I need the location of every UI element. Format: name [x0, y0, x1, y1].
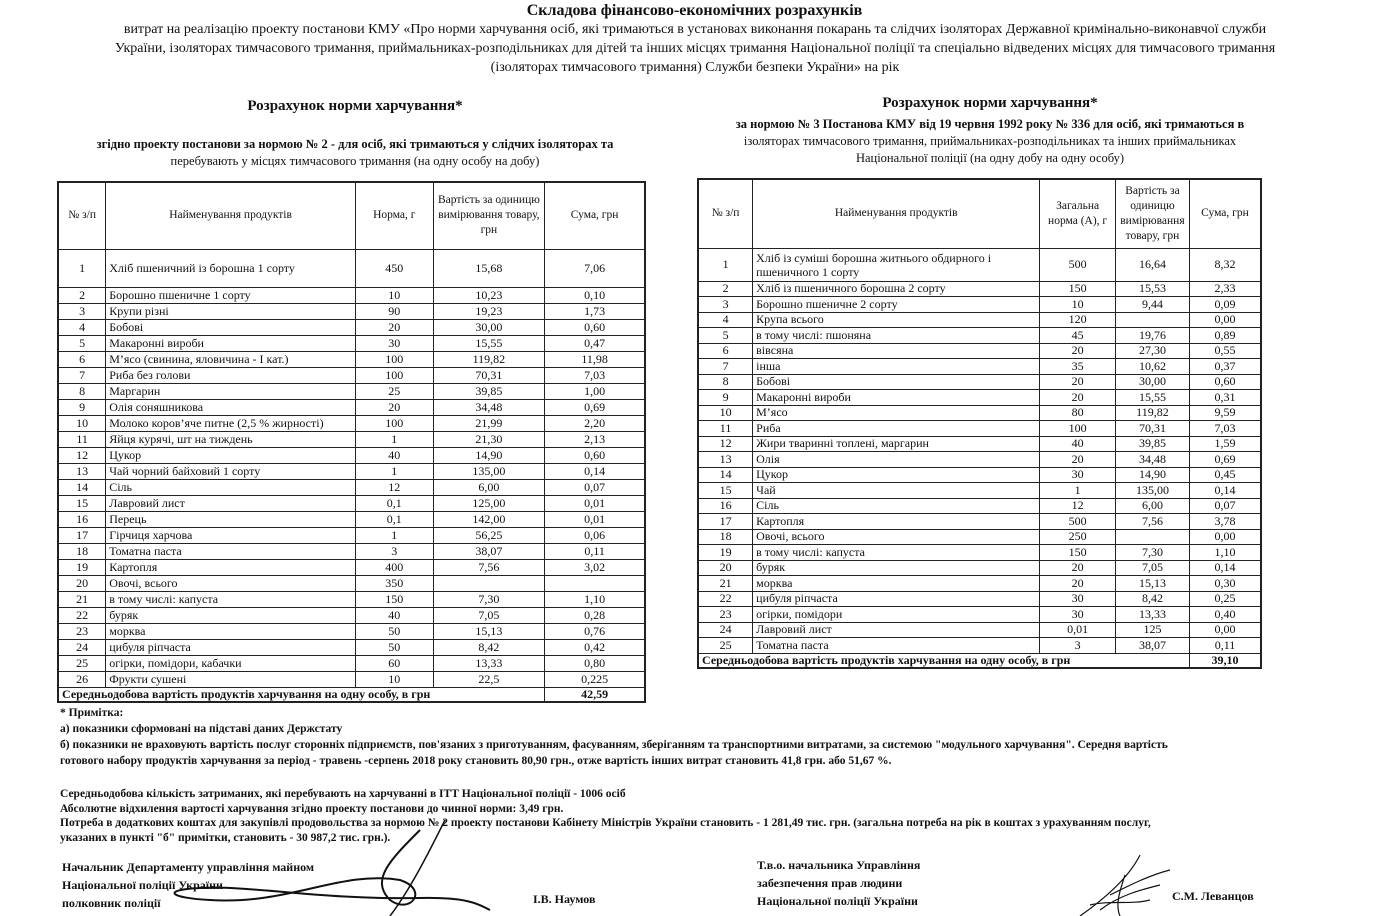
note-a: а) показники сформовані на підставі дани… — [60, 722, 342, 737]
unit-price: 21,99 — [433, 415, 545, 431]
row-number: 1 — [58, 249, 106, 287]
sum: 9,59 — [1189, 405, 1261, 421]
row-number: 3 — [58, 303, 106, 319]
sum: 0,60 — [1189, 374, 1261, 390]
row-number: 5 — [698, 328, 753, 344]
row-number: 22 — [58, 607, 106, 623]
norm-grams: 350 — [355, 575, 433, 591]
product-name: Гірчиця харчова — [106, 527, 356, 543]
norm-grams: 20 — [355, 319, 433, 335]
product-name: Хліб із суміші борошна житнього обдирног… — [753, 248, 1040, 281]
subtitle-line: (ізоляторах тимчасового тримання) Служби… — [60, 58, 1330, 77]
unit-price: 125 — [1115, 622, 1189, 638]
sum: 0,69 — [1189, 452, 1261, 468]
product-name: буряк — [753, 560, 1040, 576]
product-name: Борошно пшеничне 1 сорту — [106, 287, 356, 303]
product-name: в тому числі: капуста — [106, 591, 356, 607]
sum: 0,40 — [1189, 607, 1261, 623]
total-label: Середньодобова вартість продуктів харчув… — [58, 687, 545, 702]
left-section-subtitle: згідно проекту постанови за нормою № 2 -… — [60, 136, 650, 170]
table-row: 17Картопля5007,563,78 — [698, 514, 1261, 530]
sum: 0,00 — [1189, 529, 1261, 545]
right-subtitle-line: за нормою № 3 Постанова КМУ від 19 червн… — [690, 116, 1290, 133]
norm-grams: 25 — [355, 383, 433, 399]
row-number: 17 — [58, 527, 106, 543]
norm-grams: 20 — [1040, 560, 1116, 576]
unit-price: 15,68 — [433, 249, 545, 287]
norm-grams: 3 — [355, 543, 433, 559]
sum: 0,55 — [1189, 343, 1261, 359]
unit-price: 15,55 — [1115, 390, 1189, 406]
norm-grams: 20 — [355, 399, 433, 415]
sum: 3,02 — [545, 559, 645, 575]
column-header: Загальна норма (А), г — [1040, 179, 1116, 248]
unit-price: 6,00 — [433, 479, 545, 495]
sum: 2,20 — [545, 415, 645, 431]
norm-grams: 20 — [1040, 452, 1116, 468]
norm-grams: 90 — [355, 303, 433, 319]
row-number: 18 — [58, 543, 106, 559]
total-label: Середньодобова вартість продуктів харчув… — [698, 653, 1189, 668]
unit-price: 135,00 — [1115, 483, 1189, 499]
right-table-header: № з/п Найменування продуктів Загальна но… — [698, 179, 1261, 248]
product-name: огірки, помідори — [753, 607, 1040, 623]
norm-grams: 30 — [1040, 607, 1116, 623]
sum: 0,00 — [1189, 622, 1261, 638]
norm-grams: 35 — [1040, 359, 1116, 375]
right-subtitle-line: Національної поліції (на одну добу на од… — [690, 150, 1290, 167]
table-row: 25Томатна паста338,070,11 — [698, 638, 1261, 654]
row-number: 8 — [58, 383, 106, 399]
norm-grams: 150 — [355, 591, 433, 607]
right-section-subtitle: за нормою № 3 Постанова КМУ від 19 червн… — [690, 116, 1290, 167]
unit-price: 15,13 — [1115, 576, 1189, 592]
table-row: 15Лавровий лист0,1125,000,01 — [58, 495, 645, 511]
product-name: Чай — [753, 483, 1040, 499]
row-number: 23 — [698, 607, 753, 623]
product-name: морква — [106, 623, 356, 639]
product-name: Лавровий лист — [753, 622, 1040, 638]
note-b-line2: готового набору продуктів харчування за … — [60, 754, 891, 769]
table-row: 11Яйця курячі, шт на тиждень121,302,13 — [58, 431, 645, 447]
unit-price: 39,85 — [1115, 436, 1189, 452]
total-row: Середньодобова вартість продуктів харчув… — [58, 687, 645, 702]
product-name: Крупа всього — [753, 312, 1040, 328]
position-line: забезпечення прав людини — [757, 874, 920, 892]
row-number: 12 — [698, 436, 753, 452]
row-number: 25 — [58, 655, 106, 671]
row-number: 9 — [58, 399, 106, 415]
unit-price: 16,64 — [1115, 248, 1189, 281]
sum: 0,45 — [1189, 467, 1261, 483]
sum: 0,10 — [545, 287, 645, 303]
column-header: Сума, грн — [1189, 179, 1261, 248]
signature-left-icon — [90, 820, 510, 916]
unit-price: 21,30 — [433, 431, 545, 447]
left-section-title: Розрахунок норми харчування* — [60, 98, 650, 115]
left-signatory-name: І.В. Наумов — [533, 890, 595, 908]
unit-price: 9,44 — [1115, 297, 1189, 313]
norm-grams: 30 — [355, 335, 433, 351]
product-name: Крупи різні — [106, 303, 356, 319]
document-subtitle: витрат на реалізацію проекту постанови К… — [60, 20, 1330, 77]
product-name: Бобові — [106, 319, 356, 335]
norm-grams: 100 — [355, 415, 433, 431]
row-number: 15 — [698, 483, 753, 499]
right-signatory-name: С.М. Леванцов — [1172, 887, 1254, 905]
column-header: Найменування продуктів — [106, 182, 356, 249]
table-row: 16Сіль126,000,07 — [698, 498, 1261, 514]
norm-grams: 100 — [1040, 421, 1116, 437]
norm-grams: 12 — [355, 479, 433, 495]
row-number: 1 — [698, 248, 753, 281]
product-name: Цукор — [106, 447, 356, 463]
norm-grams: 20 — [1040, 576, 1116, 592]
unit-price: 34,48 — [433, 399, 545, 415]
unit-price: 15,55 — [433, 335, 545, 351]
table-row: 13Чай чорний байховий 1 сорту1135,000,14 — [58, 463, 645, 479]
sum: 0,60 — [545, 447, 645, 463]
norm-grams: 40 — [355, 607, 433, 623]
product-name: Хліб із пшеничного борошна 2 сорту — [753, 281, 1040, 297]
sum: 0,06 — [545, 527, 645, 543]
sum — [545, 575, 645, 591]
unit-price: 7,30 — [1115, 545, 1189, 561]
unit-price: 135,00 — [433, 463, 545, 479]
unit-price — [1115, 529, 1189, 545]
row-number: 3 — [698, 297, 753, 313]
table-row: 2Хліб із пшеничного борошна 2 сорту15015… — [698, 281, 1261, 297]
norm-grams: 450 — [355, 249, 433, 287]
unit-price: 56,25 — [433, 527, 545, 543]
sum: 7,06 — [545, 249, 645, 287]
table-row: 3Борошно пшеничне 2 сорту109,440,09 — [698, 297, 1261, 313]
norm-grams: 100 — [355, 367, 433, 383]
avg-detainee-count: Середньодобова кількість затриманих, які… — [60, 787, 626, 802]
norm-grams: 30 — [1040, 591, 1116, 607]
norm-grams: 400 — [355, 559, 433, 575]
product-name: Хліб пшеничний із борошна 1 сорту — [106, 249, 356, 287]
product-name: Жири тваринні топлені, маргарин — [753, 436, 1040, 452]
row-number: 23 — [58, 623, 106, 639]
unit-price: 13,33 — [1115, 607, 1189, 623]
row-number: 20 — [58, 575, 106, 591]
table-row: 14Сіль126,000,07 — [58, 479, 645, 495]
unit-price: 39,85 — [433, 383, 545, 399]
table-row: 8Бобові2030,000,60 — [698, 374, 1261, 390]
sum: 0,42 — [545, 639, 645, 655]
column-header: Вартість за одиницю вимірювання товару, … — [433, 182, 545, 249]
table-row: 25огірки, помідори, кабачки6013,330,80 — [58, 655, 645, 671]
table-row: 24Лавровий лист0,011250,00 — [698, 622, 1261, 638]
norm-grams: 50 — [355, 639, 433, 655]
unit-price: 8,42 — [1115, 591, 1189, 607]
table-row: 20буряк207,050,14 — [698, 560, 1261, 576]
table-row: 24цибуля ріпчаста508,420,42 — [58, 639, 645, 655]
norm-grams: 40 — [1040, 436, 1116, 452]
position-line: Національної поліції України — [757, 892, 920, 910]
row-number: 10 — [698, 405, 753, 421]
sum: 0,89 — [1189, 328, 1261, 344]
product-name: інша — [753, 359, 1040, 375]
product-name: Борошно пшеничне 2 сорту — [753, 297, 1040, 313]
norm-grams: 45 — [1040, 328, 1116, 344]
table-row: 22цибуля ріпчаста308,420,25 — [698, 591, 1261, 607]
product-name: Томатна паста — [753, 638, 1040, 654]
norm-grams: 20 — [1040, 374, 1116, 390]
sum: 7,03 — [545, 367, 645, 383]
norm-grams: 0,1 — [355, 495, 433, 511]
row-number: 26 — [58, 671, 106, 687]
product-name: цибуля ріпчаста — [106, 639, 356, 655]
table-row: 12Цукор4014,900,60 — [58, 447, 645, 463]
unit-price — [433, 575, 545, 591]
product-name: Картопля — [106, 559, 356, 575]
sum: 0,07 — [545, 479, 645, 495]
unit-price: 125,00 — [433, 495, 545, 511]
product-name: буряк — [106, 607, 356, 623]
norm-grams: 1 — [355, 527, 433, 543]
left-table-header: № з/п Найменування продуктів Норма, г Ва… — [58, 182, 645, 249]
right-signatory-position: Т.в.о. начальника Управління забезпеченн… — [757, 856, 920, 910]
table-row: 5Макаронні вироби3015,550,47 — [58, 335, 645, 351]
unit-price: 15,13 — [433, 623, 545, 639]
column-header: Найменування продуктів — [753, 179, 1040, 248]
sum: 0,07 — [1189, 498, 1261, 514]
norm-grams: 30 — [1040, 467, 1116, 483]
sum: 1,10 — [1189, 545, 1261, 561]
product-name: Перець — [106, 511, 356, 527]
row-number: 13 — [698, 452, 753, 468]
left-subtitle-line: перебувають у місцях тимчасового триманн… — [171, 154, 540, 168]
sum: 0,225 — [545, 671, 645, 687]
unit-price: 15,53 — [1115, 281, 1189, 297]
row-number: 24 — [698, 622, 753, 638]
column-header: № з/п — [698, 179, 753, 248]
table-row: 11Риба10070,317,03 — [698, 421, 1261, 437]
row-number: 8 — [698, 374, 753, 390]
row-number: 4 — [58, 319, 106, 335]
product-name: Олія соняшникова — [106, 399, 356, 415]
unit-price: 142,00 — [433, 511, 545, 527]
table-row: 7Риба без голови10070,317,03 — [58, 367, 645, 383]
product-name: Олія — [753, 452, 1040, 468]
row-number: 22 — [698, 591, 753, 607]
product-name: Бобові — [753, 374, 1040, 390]
row-number: 12 — [58, 447, 106, 463]
document-title: Складова фінансово-економічних розрахунк… — [0, 2, 1389, 20]
sum: 0,01 — [545, 495, 645, 511]
row-number: 14 — [698, 467, 753, 483]
product-name: в тому числі: пшоняна — [753, 328, 1040, 344]
norm-grams: 80 — [1040, 405, 1116, 421]
unit-price: 7,56 — [1115, 514, 1189, 530]
table-row: 1Хліб пшеничний із борошна 1 сорту45015,… — [58, 249, 645, 287]
unit-price: 6,00 — [1115, 498, 1189, 514]
product-name: Маргарин — [106, 383, 356, 399]
product-name: Яйця курячі, шт на тиждень — [106, 431, 356, 447]
unit-price: 19,23 — [433, 303, 545, 319]
unit-price: 7,56 — [433, 559, 545, 575]
norm-grams: 500 — [1040, 248, 1116, 281]
row-number: 16 — [58, 511, 106, 527]
unit-price: 30,00 — [1115, 374, 1189, 390]
row-number: 13 — [58, 463, 106, 479]
column-header: Сума, грн — [545, 182, 645, 249]
sum: 2,33 — [1189, 281, 1261, 297]
norm-grams: 0,01 — [1040, 622, 1116, 638]
table-row: 18Томатна паста338,070,11 — [58, 543, 645, 559]
norm-grams: 1 — [355, 431, 433, 447]
product-name: М’ясо (свинина, яловичина - I кат.) — [106, 351, 356, 367]
total-value: 39,10 — [1189, 653, 1261, 668]
norm-grams: 10 — [355, 287, 433, 303]
row-number: 19 — [698, 545, 753, 561]
product-name: вівсяна — [753, 343, 1040, 359]
row-number: 6 — [698, 343, 753, 359]
left-norm-table: № з/п Найменування продуктів Норма, г Ва… — [57, 181, 646, 703]
sum: 1,10 — [545, 591, 645, 607]
product-name: Овочі, всього — [106, 575, 356, 591]
unit-price: 19,76 — [1115, 328, 1189, 344]
unit-price: 8,42 — [433, 639, 545, 655]
table-row: 21в тому числі: капуста1507,301,10 — [58, 591, 645, 607]
table-row: 1Хліб із суміші борошна житнього обдирно… — [698, 248, 1261, 281]
sum: 0,30 — [1189, 576, 1261, 592]
unit-price: 27,30 — [1115, 343, 1189, 359]
subtitle-line: України, ізоляторах тимчасового тримання… — [60, 39, 1330, 58]
unit-price: 14,90 — [1115, 467, 1189, 483]
sum: 0,47 — [545, 335, 645, 351]
row-number: 6 — [58, 351, 106, 367]
sum: 7,03 — [1189, 421, 1261, 437]
unit-price: 10,23 — [433, 287, 545, 303]
sum: 0,76 — [545, 623, 645, 639]
unit-price: 7,05 — [1115, 560, 1189, 576]
column-header: Норма, г — [355, 182, 433, 249]
table-row: 12Жири тваринні топлені, маргарин4039,85… — [698, 436, 1261, 452]
row-number: 20 — [698, 560, 753, 576]
unit-price: 34,48 — [1115, 452, 1189, 468]
product-name: в тому числі: капуста — [753, 545, 1040, 561]
norm-grams: 1 — [1040, 483, 1116, 499]
table-row: 18Овочі, всього2500,00 — [698, 529, 1261, 545]
table-row: 5в тому числі: пшоняна4519,760,89 — [698, 328, 1261, 344]
product-name: Картопля — [753, 514, 1040, 530]
row-number: 10 — [58, 415, 106, 431]
sum: 3,78 — [1189, 514, 1261, 530]
row-number: 2 — [698, 281, 753, 297]
norm-grams: 50 — [355, 623, 433, 639]
norm-grams: 12 — [1040, 498, 1116, 514]
unit-price: 70,31 — [1115, 421, 1189, 437]
unit-price: 119,82 — [433, 351, 545, 367]
norm-grams: 20 — [1040, 390, 1116, 406]
row-number: 7 — [58, 367, 106, 383]
product-name: Сіль — [106, 479, 356, 495]
unit-price: 119,82 — [1115, 405, 1189, 421]
unit-price: 7,30 — [433, 591, 545, 607]
norm-grams: 40 — [355, 447, 433, 463]
row-number: 4 — [698, 312, 753, 328]
table-row: 14Цукор3014,900,45 — [698, 467, 1261, 483]
table-row: 23огірки, помідори3013,330,40 — [698, 607, 1261, 623]
table-row: 21морква2015,130,30 — [698, 576, 1261, 592]
row-number: 7 — [698, 359, 753, 375]
product-name: морква — [753, 576, 1040, 592]
table-row: 6М’ясо (свинина, яловичина - I кат.)1001… — [58, 351, 645, 367]
unit-price: 14,90 — [433, 447, 545, 463]
norm-grams: 20 — [1040, 343, 1116, 359]
unit-price: 38,07 — [1115, 638, 1189, 654]
subtitle-line: витрат на реалізацію проекту постанови К… — [60, 20, 1330, 39]
table-row: 4Крупа всього1200,00 — [698, 312, 1261, 328]
sum: 0,14 — [545, 463, 645, 479]
row-number: 24 — [58, 639, 106, 655]
product-name: Молоко коров’яче питне (2,5 % жирності) — [106, 415, 356, 431]
table-row: 9Олія соняшникова2034,480,69 — [58, 399, 645, 415]
norm-grams: 10 — [355, 671, 433, 687]
norm-grams: 60 — [355, 655, 433, 671]
total-value: 42,59 — [545, 687, 645, 702]
product-name: огірки, помідори, кабачки — [106, 655, 356, 671]
norm-grams: 150 — [1040, 545, 1116, 561]
table-row: 19в тому числі: капуста1507,301,10 — [698, 545, 1261, 561]
product-name: Риба — [753, 421, 1040, 437]
right-norm-table: № з/п Найменування продуктів Загальна но… — [697, 178, 1262, 669]
norm-grams: 120 — [1040, 312, 1116, 328]
unit-price: 30,00 — [433, 319, 545, 335]
column-header: № з/п — [58, 182, 106, 249]
table-row: 16Перець0,1142,000,01 — [58, 511, 645, 527]
unit-price: 13,33 — [433, 655, 545, 671]
product-name: Цукор — [753, 467, 1040, 483]
sum: 0,25 — [1189, 591, 1261, 607]
norm-grams: 0,1 — [355, 511, 433, 527]
table-row: 10Молоко коров’яче питне (2,5 % жирності… — [58, 415, 645, 431]
sum: 2,13 — [545, 431, 645, 447]
row-number: 16 — [698, 498, 753, 514]
norm-grams: 3 — [1040, 638, 1116, 654]
notes-heading: * Примітка: — [60, 706, 123, 721]
row-number: 19 — [58, 559, 106, 575]
product-name: Макаронні вироби — [106, 335, 356, 351]
sum: 11,98 — [545, 351, 645, 367]
product-name: Лавровий лист — [106, 495, 356, 511]
norm-grams: 1 — [355, 463, 433, 479]
norm-grams: 10 — [1040, 297, 1116, 313]
sum: 0,14 — [1189, 560, 1261, 576]
norm-grams: 500 — [1040, 514, 1116, 530]
row-number: 11 — [58, 431, 106, 447]
table-row: 3Крупи різні9019,231,73 — [58, 303, 645, 319]
table-row: 22буряк407,050,28 — [58, 607, 645, 623]
table-row: 4Бобові2030,000,60 — [58, 319, 645, 335]
sum: 0,80 — [545, 655, 645, 671]
sum: 0,14 — [1189, 483, 1261, 499]
sum: 8,32 — [1189, 248, 1261, 281]
product-name: Овочі, всього — [753, 529, 1040, 545]
sum: 0,00 — [1189, 312, 1261, 328]
unit-price — [1115, 312, 1189, 328]
table-row: 23морква5015,130,76 — [58, 623, 645, 639]
table-row: 6вівсяна2027,300,55 — [698, 343, 1261, 359]
sum: 0,09 — [1189, 297, 1261, 313]
sum: 0,01 — [545, 511, 645, 527]
row-number: 15 — [58, 495, 106, 511]
note-b-line1: б) показники не враховують вартість посл… — [60, 738, 1168, 753]
norm-grams: 150 — [1040, 281, 1116, 297]
